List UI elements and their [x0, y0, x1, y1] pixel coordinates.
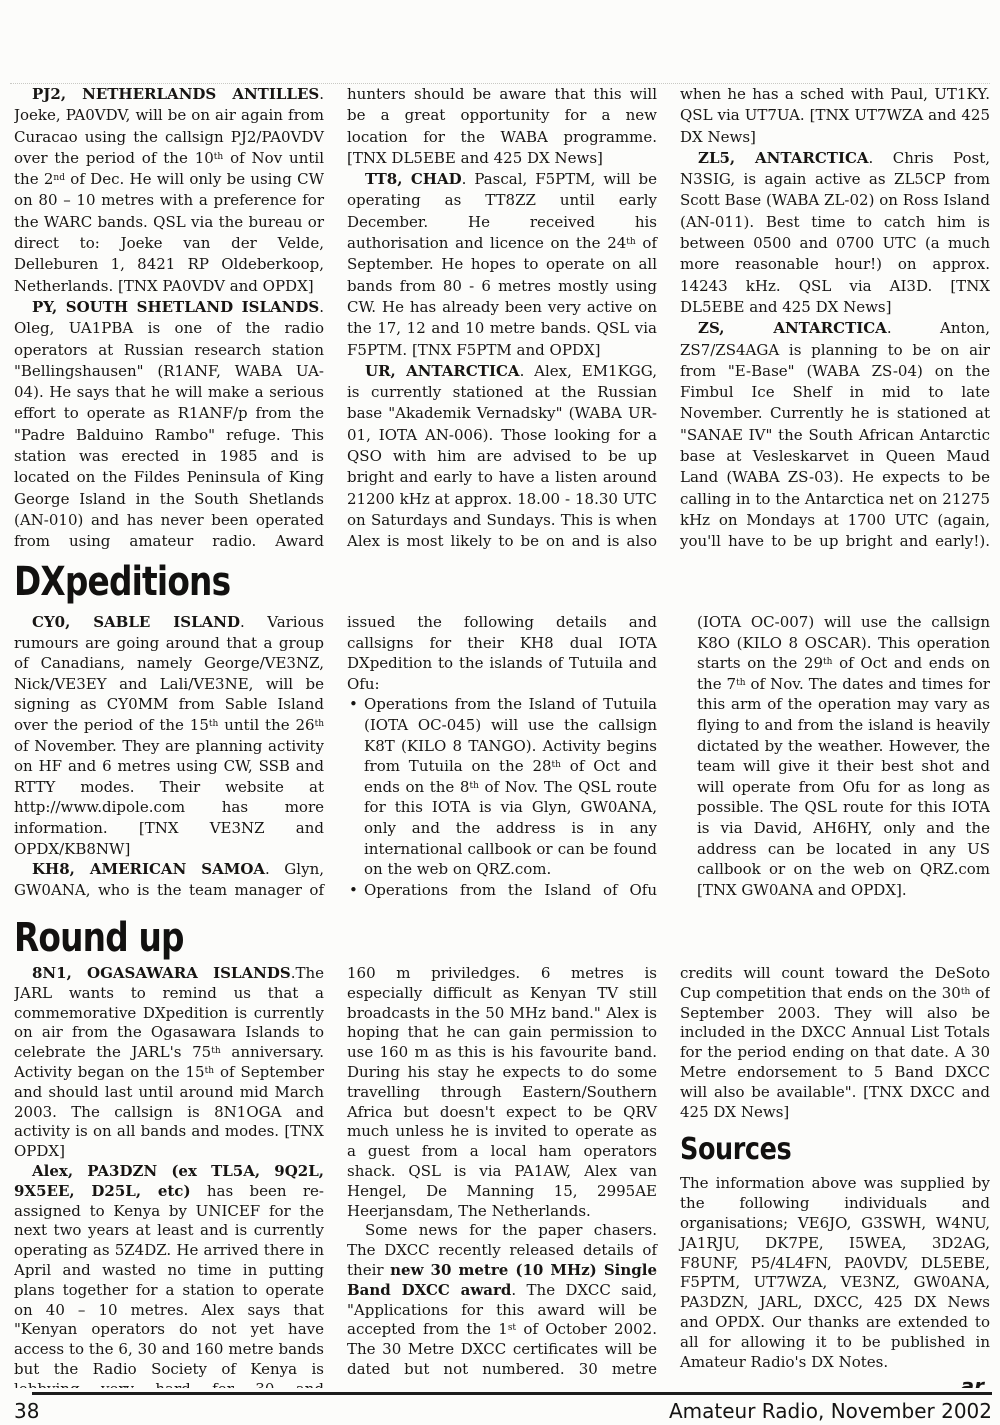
- roundup-column-2: 160 m priviledges. 6 metres is especiall…: [347, 964, 657, 1388]
- dxpeditions-item-cy0-body: . Various rumours are going around that …: [14, 613, 324, 858]
- bullet-ofu-continuation: (IOTA OC-007) will use the callsign K8O …: [680, 612, 990, 900]
- journal-issue-label: Amateur Radio, November 2002: [669, 1399, 992, 1423]
- dxpeditions-column-3: (IOTA OC-007) will use the callsign K8O …: [680, 612, 990, 902]
- page-content: PJ2, NETHERLANDS ANTILLES. Joeke, PA0VDV…: [0, 0, 1000, 1388]
- magazine-page: PJ2, NETHERLANDS ANTILLES. Joeke, PA0VDV…: [0, 0, 1000, 1425]
- news-item-zl5: ZL5, ANTARCTICA. Chris Post, N3SIG, is a…: [680, 148, 990, 318]
- news-column-3: when he has a sched with Paul, UT1KY. QS…: [680, 84, 990, 556]
- section-heading-sources: Sources: [680, 1134, 990, 1166]
- roundup-item-pa3dzn: Alex, PA3DZN (ex TL5A, 9Q2L, 9X5EE, D25L…: [14, 1162, 324, 1388]
- news-continuation-pj2: hunters should be aware that this will b…: [347, 84, 657, 169]
- news-continuation-ur-text: when he has a sched with Paul, UT1KY. QS…: [680, 85, 990, 146]
- news-item-tt8: TT8, CHAD. Pascal, F5PTM, will be operat…: [347, 169, 657, 361]
- bullet-ofu-continuation-text: (IOTA OC-007) will use the callsign K8O …: [697, 613, 990, 899]
- top-edge-rule: [10, 83, 990, 84]
- news-item-zs: ZS, ANTARCTICA. Anton, ZS7/ZS4AGA is pla…: [680, 318, 990, 556]
- news-item-py-body: . Oleg, UA1PBA is one of the radio opera…: [14, 298, 324, 550]
- dx-news-columns: PJ2, NETHERLANDS ANTILLES. Joeke, PA0VDV…: [14, 84, 990, 556]
- roundup-item-dxcc-award: Some news for the paper chasers. The DXC…: [347, 1221, 657, 1379]
- news-continuation-pj2-text: hunters should be aware that this will b…: [347, 85, 657, 167]
- section-heading-roundup: Round up: [14, 918, 990, 958]
- news-item-py: PY, SOUTH SHETLAND ISLANDS. Oleg, UA1PBA…: [14, 297, 324, 553]
- section-heading-roundup-text: Round up: [14, 918, 184, 958]
- roundup-item-ogasawara-body: .The JARL wants to remind us that a comm…: [14, 964, 324, 1160]
- kh8-details-intro: issued the following details and callsig…: [347, 612, 657, 694]
- news-item-pj2-lead: PJ2, NETHERLANDS ANTILLES: [32, 85, 319, 103]
- news-item-tt8-body: . Pascal, F5PTM, will be operating as TT…: [347, 170, 657, 358]
- bullet-item-ofu-text: Operations from the Island of Ofu: [364, 881, 657, 899]
- section-heading-sources-text: Sources: [680, 1134, 791, 1166]
- news-item-zl5-lead: ZL5, ANTARCTICA: [698, 149, 869, 167]
- bullet-item-ofu: Operations from the Island of Ofu: [347, 880, 657, 901]
- news-item-ur-lead: UR, ANTARCTICA: [365, 362, 520, 380]
- news-item-tt8-lead: TT8, CHAD: [365, 170, 462, 188]
- footer-rule: [32, 1392, 992, 1395]
- news-item-pj2-body: . Joeke, PA0VDV, will be on air again fr…: [14, 85, 324, 295]
- dxpeditions-columns: CY0, SABLE ISLAND. Various rumours are g…: [14, 612, 990, 902]
- dxpeditions-item-cy0: CY0, SABLE ISLAND. Various rumours are g…: [14, 612, 324, 859]
- bullet-item-tutuila-text: Operations from the Island of Tutuila (I…: [364, 695, 657, 878]
- dxpeditions-item-kh8-lead: KH8, AMERICAN SAMOA: [32, 860, 265, 878]
- kh8-details-intro-text: issued the following details and callsig…: [347, 613, 657, 693]
- roundup-item-pa3dzn-body: has been re-assigned to Kenya by UNICEF …: [14, 1182, 324, 1388]
- dxpeditions-column-1: CY0, SABLE ISLAND. Various rumours are g…: [14, 612, 324, 902]
- roundup-column-3: credits will count toward the DeSoto Cup…: [680, 964, 990, 1388]
- news-column-1: PJ2, NETHERLANDS ANTILLES. Joeke, PA0VDV…: [14, 84, 324, 556]
- roundup-item-ogasawara-lead: 8N1, OGASAWARA ISLANDS: [32, 964, 291, 982]
- news-continuation-ur: when he has a sched with Paul, UT1KY. QS…: [680, 84, 990, 148]
- page-number: 38: [14, 1399, 39, 1423]
- news-item-zl5-body: . Chris Post, N3SIG, is again active as …: [680, 149, 990, 316]
- dxpeditions-item-cy0-lead: CY0, SABLE ISLAND: [32, 613, 240, 631]
- kh8-callsign-list: Operations from the Island of Tutuila (I…: [347, 694, 657, 900]
- section-heading-dxpeditions: DXpeditions: [14, 562, 990, 602]
- news-item-zs-lead: ZS, ANTARCTICA: [698, 319, 887, 337]
- roundup-continuation-dxcc-text: credits will count toward the DeSoto Cup…: [680, 964, 990, 1121]
- sources-paragraph-text: The information above was supplied by th…: [680, 1174, 990, 1370]
- roundup-column-1: 8N1, OGASAWARA ISLANDS.The JARL wants to…: [14, 964, 324, 1388]
- news-item-zs-body: . Anton, ZS7/ZS4AGA is planning to be on…: [680, 319, 990, 556]
- bullet-item-tutuila: Operations from the Island of Tutuila (I…: [347, 694, 657, 879]
- news-item-pj2: PJ2, NETHERLANDS ANTILLES. Joeke, PA0VDV…: [14, 84, 324, 297]
- roundup-continuation-dxcc: credits will count toward the DeSoto Cup…: [680, 964, 990, 1122]
- page-footer: 38 Amateur Radio, November 2002: [14, 1399, 992, 1423]
- news-column-2: hunters should be aware that this will b…: [347, 84, 657, 556]
- dxpeditions-column-2: issued the following details and callsig…: [347, 612, 657, 902]
- news-item-ur: UR, ANTARCTICA. Alex, EM1KGG, is current…: [347, 361, 657, 553]
- dxpeditions-item-kh8: KH8, AMERICAN SAMOA. Glyn, GW0ANA, who i…: [14, 859, 324, 902]
- roundup-item-ogasawara: 8N1, OGASAWARA ISLANDS.The JARL wants to…: [14, 964, 324, 1162]
- news-item-py-lead: PY, SOUTH SHETLAND ISLANDS: [32, 298, 319, 316]
- news-item-ur-body: . Alex, EM1KGG, is currently stationed a…: [347, 362, 657, 550]
- section-heading-dxpeditions-text: DXpeditions: [14, 562, 230, 602]
- roundup-columns: 8N1, OGASAWARA ISLANDS.The JARL wants to…: [14, 964, 990, 1388]
- sources-paragraph: The information above was supplied by th…: [680, 1174, 990, 1372]
- article-end-mark: ar: [680, 1376, 990, 1388]
- roundup-continuation-pa3dzn-text: 160 m priviledges. 6 metres is especiall…: [347, 964, 657, 1220]
- roundup-continuation-pa3dzn: 160 m priviledges. 6 metres is especiall…: [347, 964, 657, 1221]
